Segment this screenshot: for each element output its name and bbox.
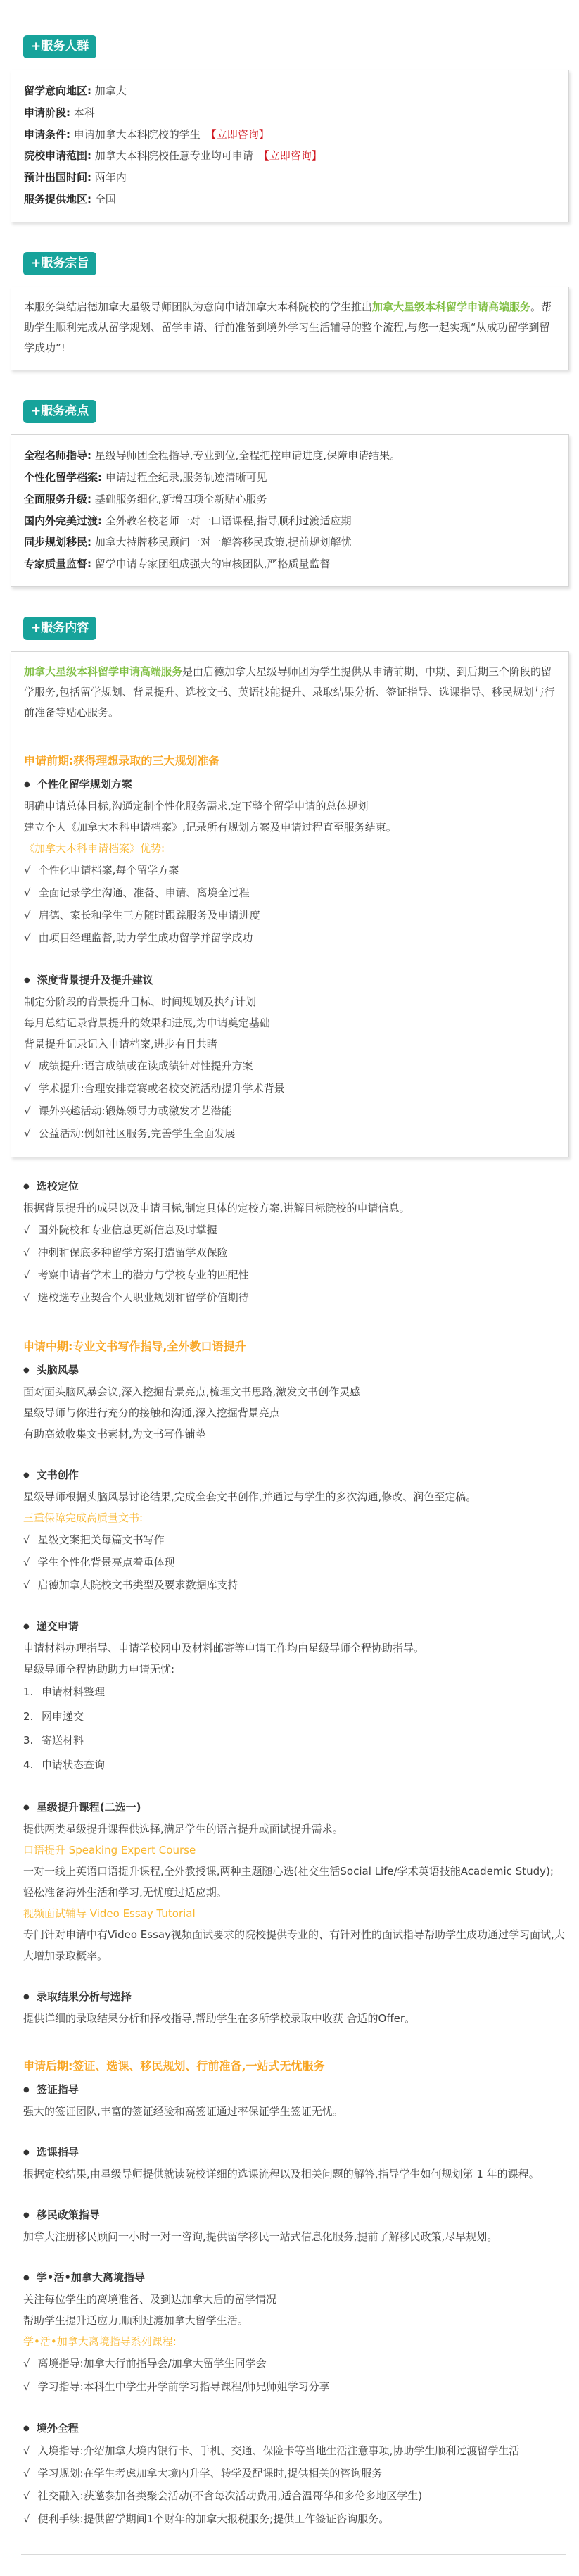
item-number: 4.	[23, 1753, 42, 1778]
content-box: 加拿大星级本科留学申请高端服务是由启德加拿大星级导师团为学生提供从申请前期、中期…	[11, 651, 569, 1157]
bullet-heading: ●星级提升课程(二选一)	[23, 1799, 565, 1814]
check-item: √入境指导:介绍加拿大境内银行卡、手机、交通、保险卡等当地生活注意事项,协助学生…	[23, 2439, 565, 2462]
bullet-icon: ●	[23, 2274, 30, 2282]
bullet-icon: ●	[24, 976, 30, 984]
check-item: √冲刺和保底多种留学方案打造留学双保险	[23, 1241, 565, 1264]
orange-subheading: 学•活•加拿大离境指导系列课程:	[23, 2331, 565, 2352]
check-icon: √	[24, 864, 31, 877]
audience-box: 留学意向地区: 加拿大申请阶段: 本科申请条件: 申请加拿大本科院校的学生【立即…	[11, 70, 569, 222]
info-row: 国内外完美过渡: 全外教名校老师一对一口语课程,指导顺利过渡适应期	[24, 510, 556, 532]
bullet-icon: ●	[23, 2149, 30, 2156]
bullet-icon: ●	[23, 2211, 30, 2219]
spacer	[24, 724, 556, 738]
numbered-item: 4.申请状态查询	[23, 1753, 565, 1778]
spacer	[23, 1966, 565, 1980]
check-icon: √	[23, 2467, 30, 2480]
bullet-icon: ●	[23, 1804, 30, 1811]
check-icon: √	[23, 1533, 30, 1546]
consult-link[interactable]: 【立即咨询】	[259, 149, 322, 162]
row-label: 申请条件:	[24, 128, 70, 141]
item-number: 2.	[23, 1704, 42, 1729]
bullet-heading: ●境外全程	[23, 2420, 565, 2435]
bullet-icon: ●	[23, 1366, 30, 1374]
bullet-heading: ●头脑风暴	[23, 1362, 565, 1377]
check-icon: √	[23, 2444, 30, 2457]
info-row: 申请条件: 申请加拿大本科院校的学生【立即咨询】	[24, 124, 556, 146]
section-audience: +服务人群 留学意向地区: 加拿大申请阶段: 本科申请条件: 申请加拿大本科院校…	[0, 6, 579, 222]
check-item: √启德、家长和学生三方随时跟踪服务及申请进度	[24, 904, 556, 926]
info-row: 申请阶段: 本科	[24, 102, 556, 124]
text-line: 每月总结记录背景提升的效果和进展,为申请奠定基础	[24, 1012, 556, 1033]
check-item: √国外院校和专业信息更新信息及时掌握	[23, 1219, 565, 1241]
check-icon: √	[23, 1291, 30, 1304]
spacer	[23, 1445, 565, 1459]
row-label: 国内外完美过渡:	[24, 515, 102, 527]
check-item: √学习规划:在学生考虑加拿大境内升学、转学及配课时,提供相关的咨询服务	[23, 2462, 565, 2484]
row-label: 预计出国时间:	[24, 171, 91, 184]
text-line: 提供详细的录取结果分析和择校指导,帮助学生在多所学校录取中收获 合适的Offer…	[23, 2008, 565, 2029]
text-line: 背景提升记录记入申请档案,进步有目共睹	[24, 1033, 556, 1055]
info-row: 专家质量监督: 留学申请专家团组成强大的审核团队,严格质量监督	[24, 553, 556, 575]
bullet-heading: ●签证指导	[23, 2082, 565, 2097]
section-badge-highlights[interactable]: +服务亮点	[23, 400, 96, 423]
check-item: √课外兴趣活动:锻炼领导力或激发才艺潜能	[24, 1100, 556, 1122]
text-line: 明确申请总体目标,沟通定制个性化服务需求,定下整个留学申请的总体规划	[24, 796, 556, 817]
bullet-heading: ●移民政策指导	[23, 2207, 565, 2222]
section-badge-content[interactable]: +服务内容	[23, 617, 96, 640]
check-item: √便利手续:提供留学期间1个财年的加拿大报税服务;提供工作签证咨询服务。	[23, 2508, 565, 2530]
check-icon: √	[24, 1127, 31, 1140]
bullet-heading: ●递交申请	[23, 1619, 565, 1633]
bullet-heading: ●选校定位	[23, 1179, 565, 1193]
row-label: 全程名师指导:	[24, 449, 91, 462]
check-icon: √	[23, 2357, 30, 2370]
orange-subheading: 视频面试辅导 Video Essay Tutorial	[23, 1903, 565, 1924]
numbered-item: 1.申请材料整理	[23, 1680, 565, 1704]
numbered-item: 2.网申递交	[23, 1704, 565, 1729]
paragraph-text: 本服务集结启德加拿大星级导师团队为意向申请加拿大本科院校的学生推出	[24, 301, 372, 313]
spacer	[23, 1777, 565, 1791]
row-label: 留学意向地区:	[24, 84, 91, 97]
row-label: 服务提供地区:	[24, 193, 91, 206]
check-item: √星级文案把关每篇文书写作	[23, 1528, 565, 1551]
highlight-text: 加拿大星级本科留学申请高端服务	[372, 301, 530, 313]
info-row: 服务提供地区: 全国	[24, 189, 556, 211]
check-item: √成绩提升:语言成绩或在读成绩针对性提升方案	[24, 1055, 556, 1077]
numbered-item: 3.寄送材料	[23, 1728, 565, 1753]
text-line: 专门针对申请中有Video Essay视频面试要求的院校提供专业的、有针对性的面…	[23, 1924, 565, 1966]
highlight-text: 加拿大星级本科留学申请高端服务	[24, 665, 182, 678]
text-line: 根据背景提升的成果以及申请目标,制定具体的定校方案,讲解目标院校的申请信息。	[23, 1198, 565, 1219]
text-line: 一对一线上英语口语提升课程,全外教授课,两种主题随心选(社交生活Social L…	[23, 1861, 565, 1882]
bottom-divider	[21, 2554, 566, 2555]
check-icon: √	[23, 2489, 30, 2502]
paragraph: 加拿大星级本科留学申请高端服务是由启德加拿大星级导师团为学生提供从申请前期、中期…	[24, 662, 556, 724]
check-item: √学术提升:合理安排竞赛或名校交流活动提升学术背景	[24, 1077, 556, 1100]
bullet-heading: ●录取结果分析与选择	[23, 1989, 565, 2004]
service-detail-page: +服务人群 留学意向地区: 加拿大申请阶段: 本科申请条件: 申请加拿大本科院校…	[0, 0, 579, 2576]
spacer	[23, 2029, 565, 2043]
text-line: 关注每位学生的离境准备、及到达加拿大后的留学情况	[23, 2289, 565, 2310]
text-line: 轻松准备海外生活和学习,无忧度过适应期。	[23, 1882, 565, 1903]
check-icon: √	[24, 1105, 31, 1117]
check-icon: √	[24, 1060, 31, 1072]
row-label: 全面服务升级:	[24, 493, 91, 505]
bullet-icon: ●	[23, 1993, 30, 2001]
text-line: 加拿大注册移民顾问一小时一对一咨询,提供留学移民一站式信息化服务,提前了解移民政…	[23, 2226, 565, 2247]
text-line: 帮助学生提升适应力,顺利过渡加拿大留学生活。	[23, 2310, 565, 2331]
section-purpose: +服务宗旨 本服务集结启德加拿大星级导师团队为意向申请加拿大本科院校的学生推出加…	[0, 222, 579, 371]
check-icon: √	[24, 931, 31, 944]
text-line: 星级导师与你进行充分的接触和沟通,深入挖掘背景亮点	[23, 1402, 565, 1424]
text-line: 提供两类星级提升课程供选择,满足学生的语言提升或面试提升需求。	[23, 1818, 565, 1840]
spacer	[23, 2122, 565, 2136]
orange-subheading: 《加拿大本科申请档案》优势:	[24, 838, 556, 859]
text-line: 星级导师根据头脑风暴讨论结果,完成全套文书创作,并通过与学生的多次沟通,修改、润…	[23, 1486, 565, 1507]
highlights-box: 全程名师指导: 星级导师团全程指导,专业到位,全程把控申请进度,保障申请结果。个…	[11, 434, 569, 587]
check-item: √启德加拿大院校文书类型及要求数据库支持	[23, 1573, 565, 1596]
text-line: 申请材料办理指导、申请学校网申及材料邮寄等申请工作均由星级导师全程协助指导。	[23, 1638, 565, 1659]
spacer	[23, 2185, 565, 2199]
item-number: 3.	[23, 1728, 42, 1753]
bullet-icon: ●	[23, 1471, 30, 1479]
bullet-heading: ●学•活•加拿大离境指导	[23, 2270, 565, 2285]
row-label: 院校申请范围:	[24, 149, 91, 162]
spacer	[23, 1596, 565, 1610]
check-icon: √	[23, 1224, 30, 1236]
check-item: √学习指导:本科生中学生开学前学习指导课程/师兄师姐学习分享	[23, 2375, 565, 2398]
bullet-icon: ●	[24, 781, 30, 788]
info-row: 个性化留学档案: 申请过程全纪录,服务轨迹清晰可见	[24, 467, 556, 489]
info-row: 留学意向地区: 加拿大	[24, 80, 556, 102]
section-badge-audience[interactable]: +服务人群	[23, 35, 96, 58]
check-icon: √	[23, 2513, 30, 2525]
check-icon: √	[24, 1082, 31, 1095]
section-content: +服务内容 加拿大星级本科留学申请高端服务是由启德加拿大星级导师团为学生提供从申…	[0, 587, 579, 2530]
stage-heading: 申请前期:获得理想录取的三大规划准备	[24, 752, 556, 768]
info-row: 全程名师指导: 星级导师团全程指导,专业到位,全程把控申请进度,保障申请结果。	[24, 445, 556, 467]
item-number: 1.	[23, 1680, 42, 1704]
check-item: √公益活动:例如社区服务,完善学生全面发展	[24, 1122, 556, 1145]
spacer	[23, 1309, 565, 1324]
check-icon: √	[23, 1556, 30, 1569]
info-row: 全面服务升级: 基础服务细化,新增四项全新贴心服务	[24, 489, 556, 510]
check-item: √社交融入:获邀参加各类聚会活动(不含每次活动费用,适合温哥华和多伦多地区学生)	[23, 2484, 565, 2507]
content-continued: ●选校定位根据背景提升的成果以及申请目标,制定具体的定校方案,讲解目标院校的申请…	[23, 1179, 565, 2530]
section-highlights: +服务亮点 全程名师指导: 星级导师团全程指导,专业到位,全程把控申请进度,保障…	[0, 370, 579, 587]
row-label: 同步规划移民:	[24, 536, 91, 548]
text-line: 星级导师全程协助助力申请无忧:	[23, 1659, 565, 1680]
row-label: 专家质量监督:	[24, 558, 91, 570]
text-line: 建立个人《加拿大本科申请档案》,记录所有规划方案及申请过程直至服务结束。	[24, 817, 556, 838]
stage-heading: 申请中期:专业文书写作指导,全外教口语提升	[23, 1338, 565, 1354]
orange-subheading: 三重保障完成高质量文书:	[23, 1507, 565, 1528]
check-item: √由项目经理监督,助力学生成功留学并留学成功	[24, 926, 556, 949]
text-line: 有助高效收集文书素材,为文书写作铺垫	[23, 1424, 565, 1445]
text-line: 制定分阶段的背景提升目标、时间规划及执行计划	[24, 991, 556, 1012]
bullet-heading: ●个性化留学规划方案	[24, 777, 556, 791]
row-label: 个性化留学档案:	[24, 471, 102, 484]
stage-heading: 申请后期:签证、选课、移民规划、行前准备,一站式无忧服务	[23, 2057, 565, 2073]
section-badge-purpose[interactable]: +服务宗旨	[23, 252, 96, 275]
check-icon: √	[24, 909, 31, 922]
consult-link[interactable]: 【立即咨询】	[206, 128, 269, 141]
check-item: √学生个性化背景亮点着重体现	[23, 1551, 565, 1573]
check-icon: √	[23, 2380, 30, 2393]
check-icon: √	[23, 1269, 30, 1281]
check-item: √个性化申请档案,每个留学方案	[24, 859, 556, 881]
info-row: 同步规划移民: 加拿大持牌移民顾问一对一解答移民政策,提前规划解忧	[24, 532, 556, 553]
bullet-icon: ●	[23, 2425, 30, 2432]
info-row: 预计出国时间: 两年内	[24, 167, 556, 189]
purpose-box: 本服务集结启德加拿大星级导师团队为意向申请加拿大本科院校的学生推出加拿大星级本科…	[11, 287, 569, 371]
text-line: 强大的签证团队,丰富的签证经验和高签证通过率保证学生签证无忧。	[23, 2101, 565, 2122]
text-line: 面对面头脑风暴会议,深入挖掘背景亮点,梳理文书思路,激发文书创作灵感	[23, 1381, 565, 1402]
paragraph: 本服务集结启德加拿大星级导师团队为意向申请加拿大本科院校的学生推出加拿大星级本科…	[24, 297, 556, 359]
check-icon: √	[23, 1578, 30, 1591]
bullet-icon: ●	[23, 1183, 30, 1190]
check-item: √离境指导:加拿大行前指导会/加拿大留学生同学会	[23, 2352, 565, 2375]
check-item: √选校选专业契合个人职业规划和留学价值期待	[23, 1286, 565, 1309]
bullet-icon: ●	[23, 2086, 30, 2094]
spacer	[23, 2247, 565, 2261]
bullet-heading: ●深度背景提升及提升建议	[24, 972, 556, 987]
bullet-icon: ●	[23, 1623, 30, 1631]
row-label: 申请阶段:	[24, 106, 70, 119]
check-icon: √	[24, 886, 31, 899]
orange-subheading: 口语提升 Speaking Expert Course	[23, 1840, 565, 1861]
bullet-heading: ●文书创作	[23, 1467, 565, 1482]
text-line: 根据定校结果,由星级导师提供就读院校详细的选课流程以及相关问题的解答,指导学生如…	[23, 2163, 565, 2185]
check-item: √考察申请者学术上的潜力与学校专业的匹配性	[23, 1264, 565, 1286]
spacer	[24, 950, 556, 964]
info-row: 院校申请范围: 加拿大本科院校任意专业均可申请【立即咨询】	[24, 145, 556, 167]
bullet-heading: ●选课指导	[23, 2144, 565, 2159]
check-item: √全面记录学生沟通、准备、申请、离境全过程	[24, 881, 556, 904]
spacer	[23, 2398, 565, 2412]
check-icon: √	[23, 1246, 30, 1259]
